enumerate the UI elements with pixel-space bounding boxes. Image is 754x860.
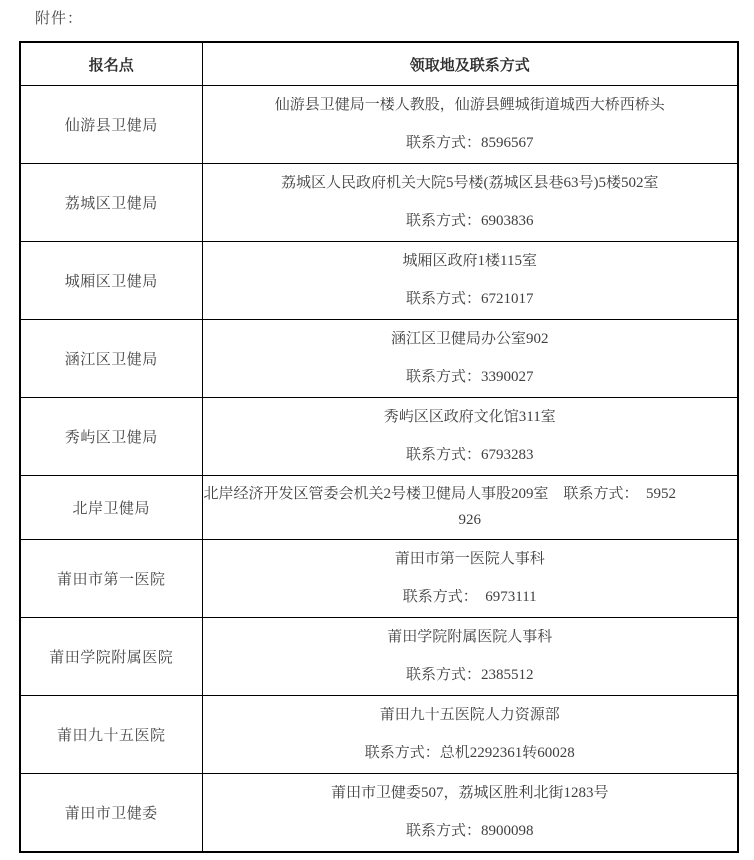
contact-cell-lines: 莆田市第一医院人事科联系方式： 6973111 xyxy=(203,549,738,609)
site-cell: 城厢区卫健局 xyxy=(20,242,202,320)
address-line: 莆田学院附属医院人事科 xyxy=(207,629,734,646)
site-cell: 涵江区卫健局 xyxy=(20,320,202,398)
contact-line: 联系方式：6721017 xyxy=(207,291,734,308)
contact-cell-lines: 涵江区卫健局办公室902联系方式：3390027 xyxy=(203,329,738,389)
table-row: 莆田九十五医院莆田九十五医院人力资源部联系方式：总机2292361转60028 xyxy=(20,696,738,774)
table-row: 莆田市第一医院莆田市第一医院人事科联系方式： 6973111 xyxy=(20,540,738,618)
table-row: 莆田学院附属医院莆田学院附属医院人事科联系方式：2385512 xyxy=(20,618,738,696)
attachment-label: 附件： xyxy=(35,7,83,28)
contact-cell-lines: 秀屿区区政府文化馆311室联系方式：6793283 xyxy=(203,407,738,467)
contact-cell: 涵江区卫健局办公室902联系方式：3390027 xyxy=(202,320,738,398)
address-line: 荔城区人民政府机关大院5号楼(荔城区县巷63号)5楼502室 xyxy=(207,175,734,192)
contact-cell-lines: 莆田学院附属医院人事科联系方式：2385512 xyxy=(203,627,738,687)
address-line: 城厢区政府1楼115室 xyxy=(207,253,734,270)
contact-line: 联系方式：8596567 xyxy=(207,135,734,152)
registration-pickup-table: 报名点 领取地及联系方式 仙游县卫健局仙游县卫健局一楼人教股，仙游县鲤城街道城西… xyxy=(19,41,739,853)
contact-cell: 仙游县卫健局一楼人教股，仙游县鲤城街道城西大桥西桥头联系方式：8596567 xyxy=(202,86,738,164)
contact-cell: 莆田学院附属医院人事科联系方式：2385512 xyxy=(202,618,738,696)
table-row: 仙游县卫健局仙游县卫健局一楼人教股，仙游县鲤城街道城西大桥西桥头联系方式：859… xyxy=(20,86,738,164)
contact-cell: 城厢区政府1楼115室联系方式：6721017 xyxy=(202,242,738,320)
contact-cell: 北岸经济开发区管委会机关2号楼卫健局人事股209室 联系方式： 5952926 xyxy=(202,476,738,540)
address-line: 莆田九十五医院人力资源部 xyxy=(207,707,734,724)
site-cell: 秀屿区卫健局 xyxy=(20,398,202,476)
contact-line: 联系方式： 6973111 xyxy=(207,589,734,606)
table-header: 报名点 领取地及联系方式 xyxy=(20,42,738,86)
contact-line: 联系方式：总机2292361转60028 xyxy=(207,745,734,762)
header-contact-column: 领取地及联系方式 xyxy=(202,42,738,86)
address-and-contact-line: 北岸经济开发区管委会机关2号楼卫健局人事股209室 联系方式： 5952 xyxy=(204,486,737,503)
table-row: 涵江区卫健局涵江区卫健局办公室902联系方式：3390027 xyxy=(20,320,738,398)
table-row: 北岸卫健局北岸经济开发区管委会机关2号楼卫健局人事股209室 联系方式： 595… xyxy=(20,476,738,540)
table-row: 城厢区卫健局城厢区政府1楼115室联系方式：6721017 xyxy=(20,242,738,320)
contact-cell-lines: 莆田市卫健委507，荔城区胜利北街1283号联系方式：8900098 xyxy=(203,783,738,843)
contact-line: 联系方式：2385512 xyxy=(207,667,734,684)
header-site-column: 报名点 xyxy=(20,42,202,86)
contact-line: 联系方式：3390027 xyxy=(207,369,734,386)
contact-cell-lines: 荔城区人民政府机关大院5号楼(荔城区县巷63号)5楼502室联系方式：69038… xyxy=(203,173,738,233)
table-row: 荔城区卫健局荔城区人民政府机关大院5号楼(荔城区县巷63号)5楼502室联系方式… xyxy=(20,164,738,242)
site-cell: 莆田市第一医院 xyxy=(20,540,202,618)
address-line: 莆田市卫健委507，荔城区胜利北街1283号 xyxy=(207,785,734,802)
contact-cell: 莆田市卫健委507，荔城区胜利北街1283号联系方式：8900098 xyxy=(202,774,738,852)
contact-line: 联系方式：6793283 xyxy=(207,447,734,464)
table-row: 莆田市卫健委莆田市卫健委507，荔城区胜利北街1283号联系方式：8900098 xyxy=(20,774,738,852)
address-line: 莆田市第一医院人事科 xyxy=(207,551,734,568)
contact-cell: 荔城区人民政府机关大院5号楼(荔城区县巷63号)5楼502室联系方式：69038… xyxy=(202,164,738,242)
table-body: 仙游县卫健局仙游县卫健局一楼人教股，仙游县鲤城街道城西大桥西桥头联系方式：859… xyxy=(20,86,738,852)
header-row: 报名点 领取地及联系方式 xyxy=(20,42,738,86)
contact-cell-lines: 北岸经济开发区管委会机关2号楼卫健局人事股209室 联系方式： 5952926 xyxy=(203,484,738,532)
contact-cell: 秀屿区区政府文化馆311室联系方式：6793283 xyxy=(202,398,738,476)
address-line: 仙游县卫健局一楼人教股，仙游县鲤城街道城西大桥西桥头 xyxy=(207,97,734,114)
contact-cell-lines: 仙游县卫健局一楼人教股，仙游县鲤城街道城西大桥西桥头联系方式：8596567 xyxy=(203,95,738,155)
contact-cell-lines: 城厢区政府1楼115室联系方式：6721017 xyxy=(203,251,738,311)
contact-wrapped-line: 926 xyxy=(204,512,737,529)
contact-cell: 莆田市第一医院人事科联系方式： 6973111 xyxy=(202,540,738,618)
site-cell: 莆田九十五医院 xyxy=(20,696,202,774)
site-cell: 莆田学院附属医院 xyxy=(20,618,202,696)
contact-line: 联系方式：8900098 xyxy=(207,823,734,840)
contact-line: 联系方式：6903836 xyxy=(207,213,734,230)
contact-cell-lines: 莆田九十五医院人力资源部联系方式：总机2292361转60028 xyxy=(203,705,738,765)
site-cell: 荔城区卫健局 xyxy=(20,164,202,242)
site-cell: 莆田市卫健委 xyxy=(20,774,202,852)
contact-cell: 莆田九十五医院人力资源部联系方式：总机2292361转60028 xyxy=(202,696,738,774)
address-line: 秀屿区区政府文化馆311室 xyxy=(207,409,734,426)
site-cell: 北岸卫健局 xyxy=(20,476,202,540)
address-line: 涵江区卫健局办公室902 xyxy=(207,331,734,348)
site-cell: 仙游县卫健局 xyxy=(20,86,202,164)
table-row: 秀屿区卫健局秀屿区区政府文化馆311室联系方式：6793283 xyxy=(20,398,738,476)
